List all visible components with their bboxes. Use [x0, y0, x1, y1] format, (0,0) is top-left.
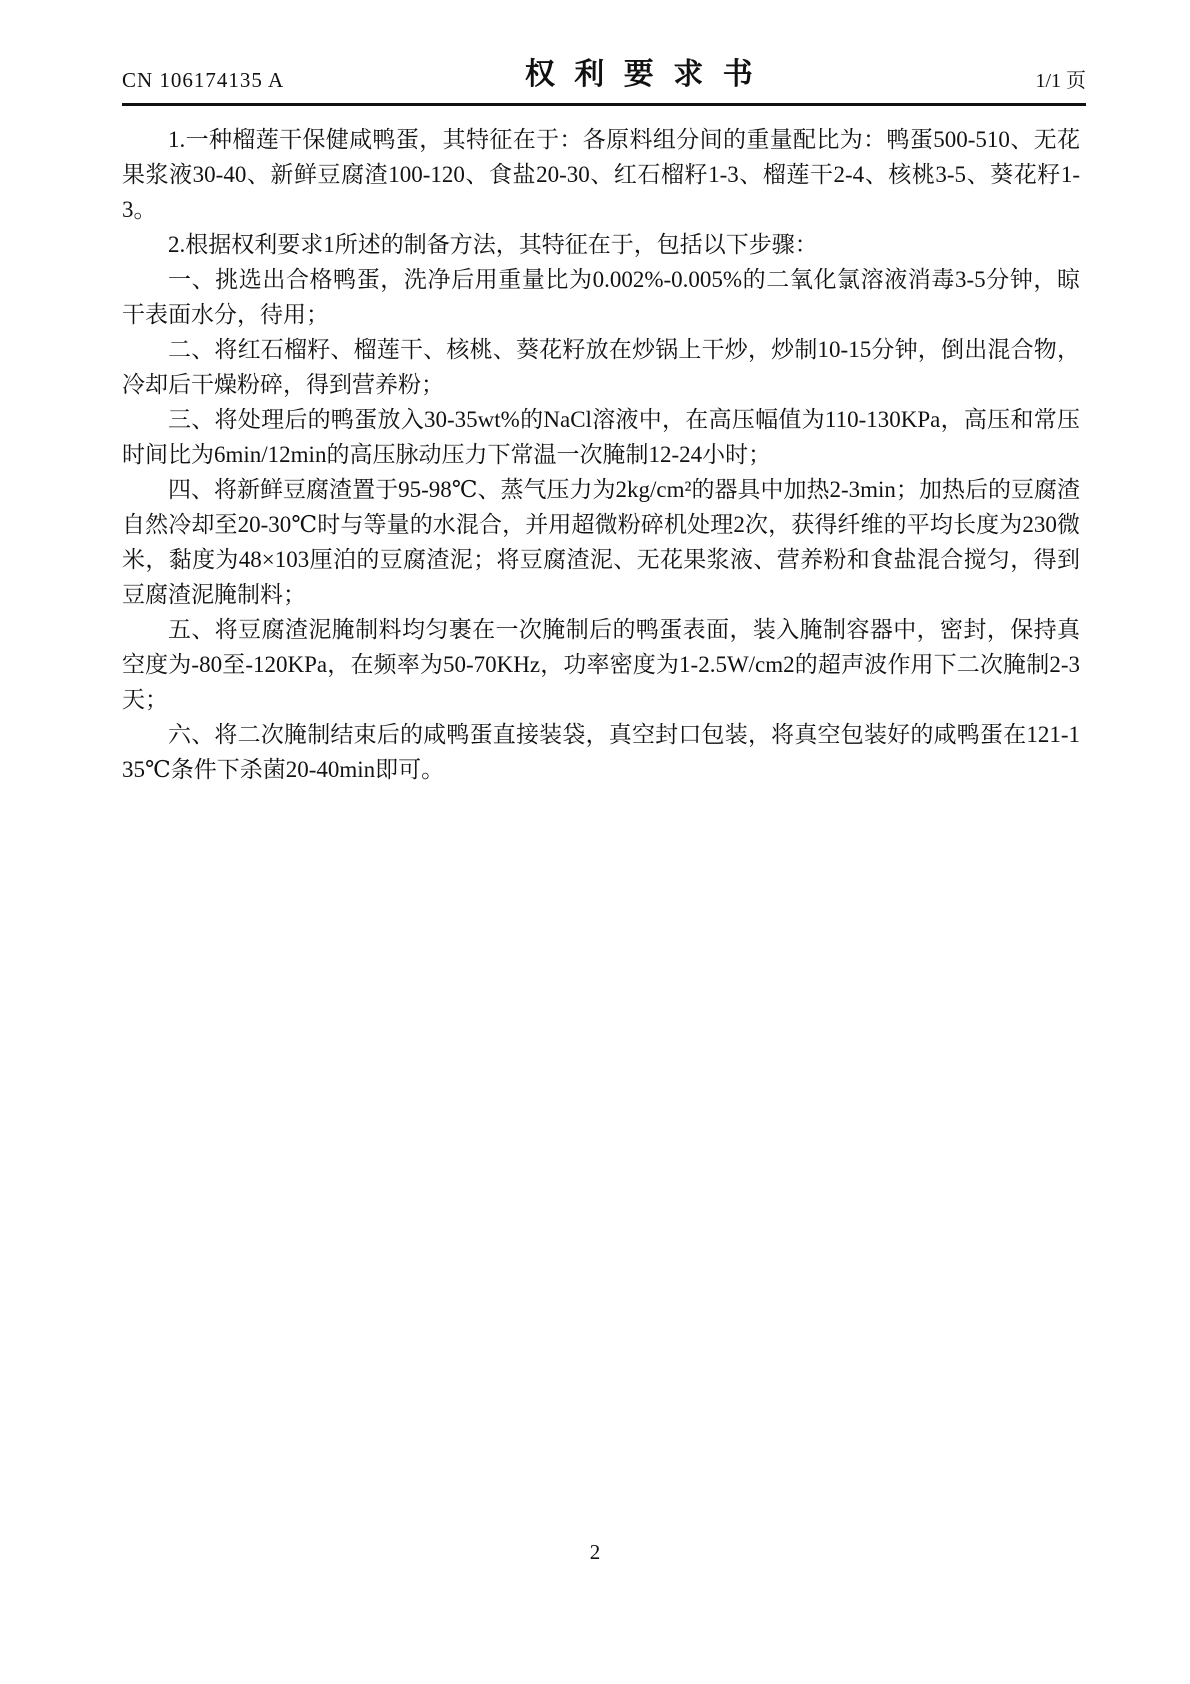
patent-claims-page: CN 106174135 A 权 利 要 求 书 1/1 页 1.一种榴莲干保健…: [0, 0, 1190, 1684]
claims-body: 1.一种榴莲干保健咸鸭蛋，其特征在于：各原料组分间的重量配比为：鸭蛋500-51…: [122, 122, 1080, 787]
claim-2-step-4: 四、将新鲜豆腐渣置于95-98℃、蒸气压力为2kg/cm²的器具中加热2-3mi…: [122, 472, 1080, 612]
claim-2: 2.根据权利要求1所述的制备方法，其特征在于，包括以下步骤：: [122, 227, 1080, 262]
page-indicator: 1/1 页: [1035, 64, 1086, 93]
claim-2-step-1: 一、挑选出合格鸭蛋，洗净后用重量比为0.002%-0.005%的二氧化氯溶液消毒…: [122, 262, 1080, 332]
patent-publication-number: CN 106174135 A: [122, 68, 284, 93]
document-title: 权 利 要 求 书: [266, 49, 1017, 93]
claim-2-step-2: 二、将红石榴籽、榴莲干、核桃、葵花籽放在炒锅上干炒，炒制10-15分钟，倒出混合…: [122, 332, 1080, 402]
claim-2-step-6: 六、将二次腌制结束后的咸鸭蛋直接装袋，真空封口包装，将真空包装好的咸鸭蛋在121…: [122, 717, 1080, 787]
claim-2-step-3: 三、将处理后的鸭蛋放入30-35wt%的NaCl溶液中，在高压幅值为110-13…: [122, 402, 1080, 472]
footer-page-number: 2: [0, 1540, 1190, 1565]
claim-2-step-5: 五、将豆腐渣泥腌制料均匀裹在一次腌制后的鸭蛋表面，装入腌制容器中，密封，保持真空…: [122, 612, 1080, 717]
page-header: CN 106174135 A 权 利 要 求 书 1/1 页: [122, 0, 1086, 106]
claim-1: 1.一种榴莲干保健咸鸭蛋，其特征在于：各原料组分间的重量配比为：鸭蛋500-51…: [122, 122, 1080, 227]
